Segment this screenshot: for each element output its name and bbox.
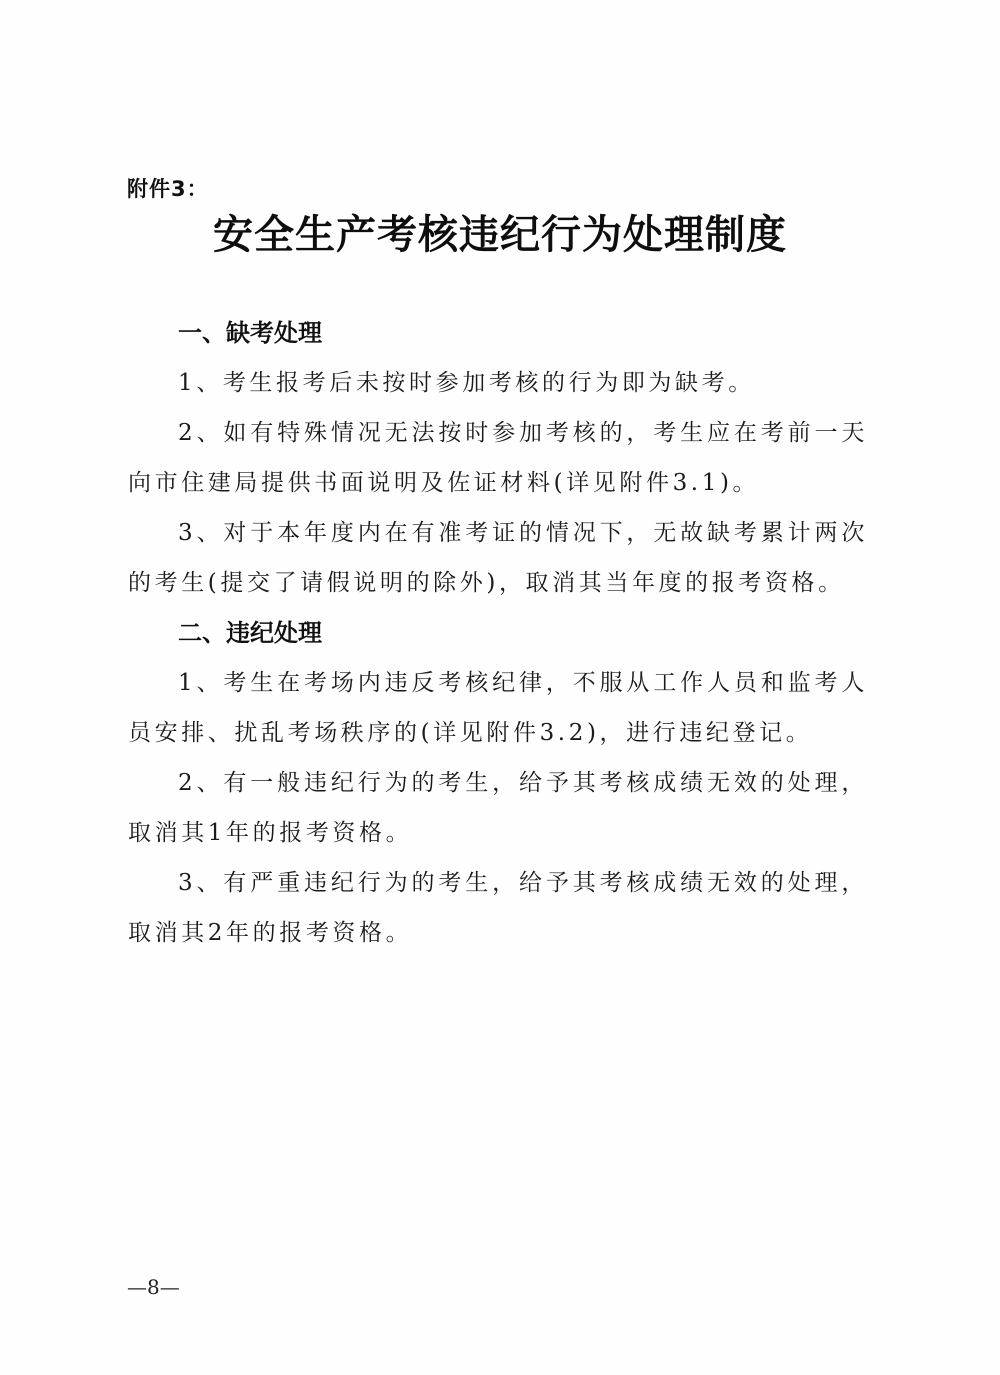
- paragraph: 2、有一般违纪行为的考生，给予其考核成绩无效的处理，取消其1年的报考资格。: [128, 758, 868, 858]
- attachment-label: 附件3：: [127, 173, 209, 203]
- paragraph: 3、对于本年度内在有准考证的情况下，无故缺考累计两次的考生(提交了请假说明的除外…: [128, 508, 868, 608]
- section-heading: 二、违纪处理: [128, 608, 868, 658]
- section-heading: 一、缺考处理: [128, 308, 868, 358]
- paragraph: 1、考生报考后未按时参加考核的行为即为缺考。: [128, 358, 868, 408]
- section-absence: 一、缺考处理 1、考生报考后未按时参加考核的行为即为缺考。 2、如有特殊情况无法…: [128, 308, 868, 608]
- paragraph: 1、考生在考场内违反考核纪律，不服从工作人员和监考人员安排、扰乱考场秩序的(详见…: [128, 658, 868, 758]
- document-page: 附件3： 安全生产考核违纪行为处理制度 一、缺考处理 1、考生报考后未按时参加考…: [0, 0, 1000, 1375]
- section-discipline: 二、违纪处理 1、考生在考场内违反考核纪律，不服从工作人员和监考人员安排、扰乱考…: [128, 608, 868, 958]
- page-number: —8—: [127, 1275, 180, 1299]
- document-title: 安全生产考核违纪行为处理制度: [0, 203, 1000, 260]
- document-body: 一、缺考处理 1、考生报考后未按时参加考核的行为即为缺考。 2、如有特殊情况无法…: [128, 308, 868, 958]
- paragraph: 2、如有特殊情况无法按时参加考核的，考生应在考前一天向市住建局提供书面说明及佐证…: [128, 408, 868, 508]
- paragraph: 3、有严重违纪行为的考生，给予其考核成绩无效的处理，取消其2年的报考资格。: [128, 858, 868, 958]
